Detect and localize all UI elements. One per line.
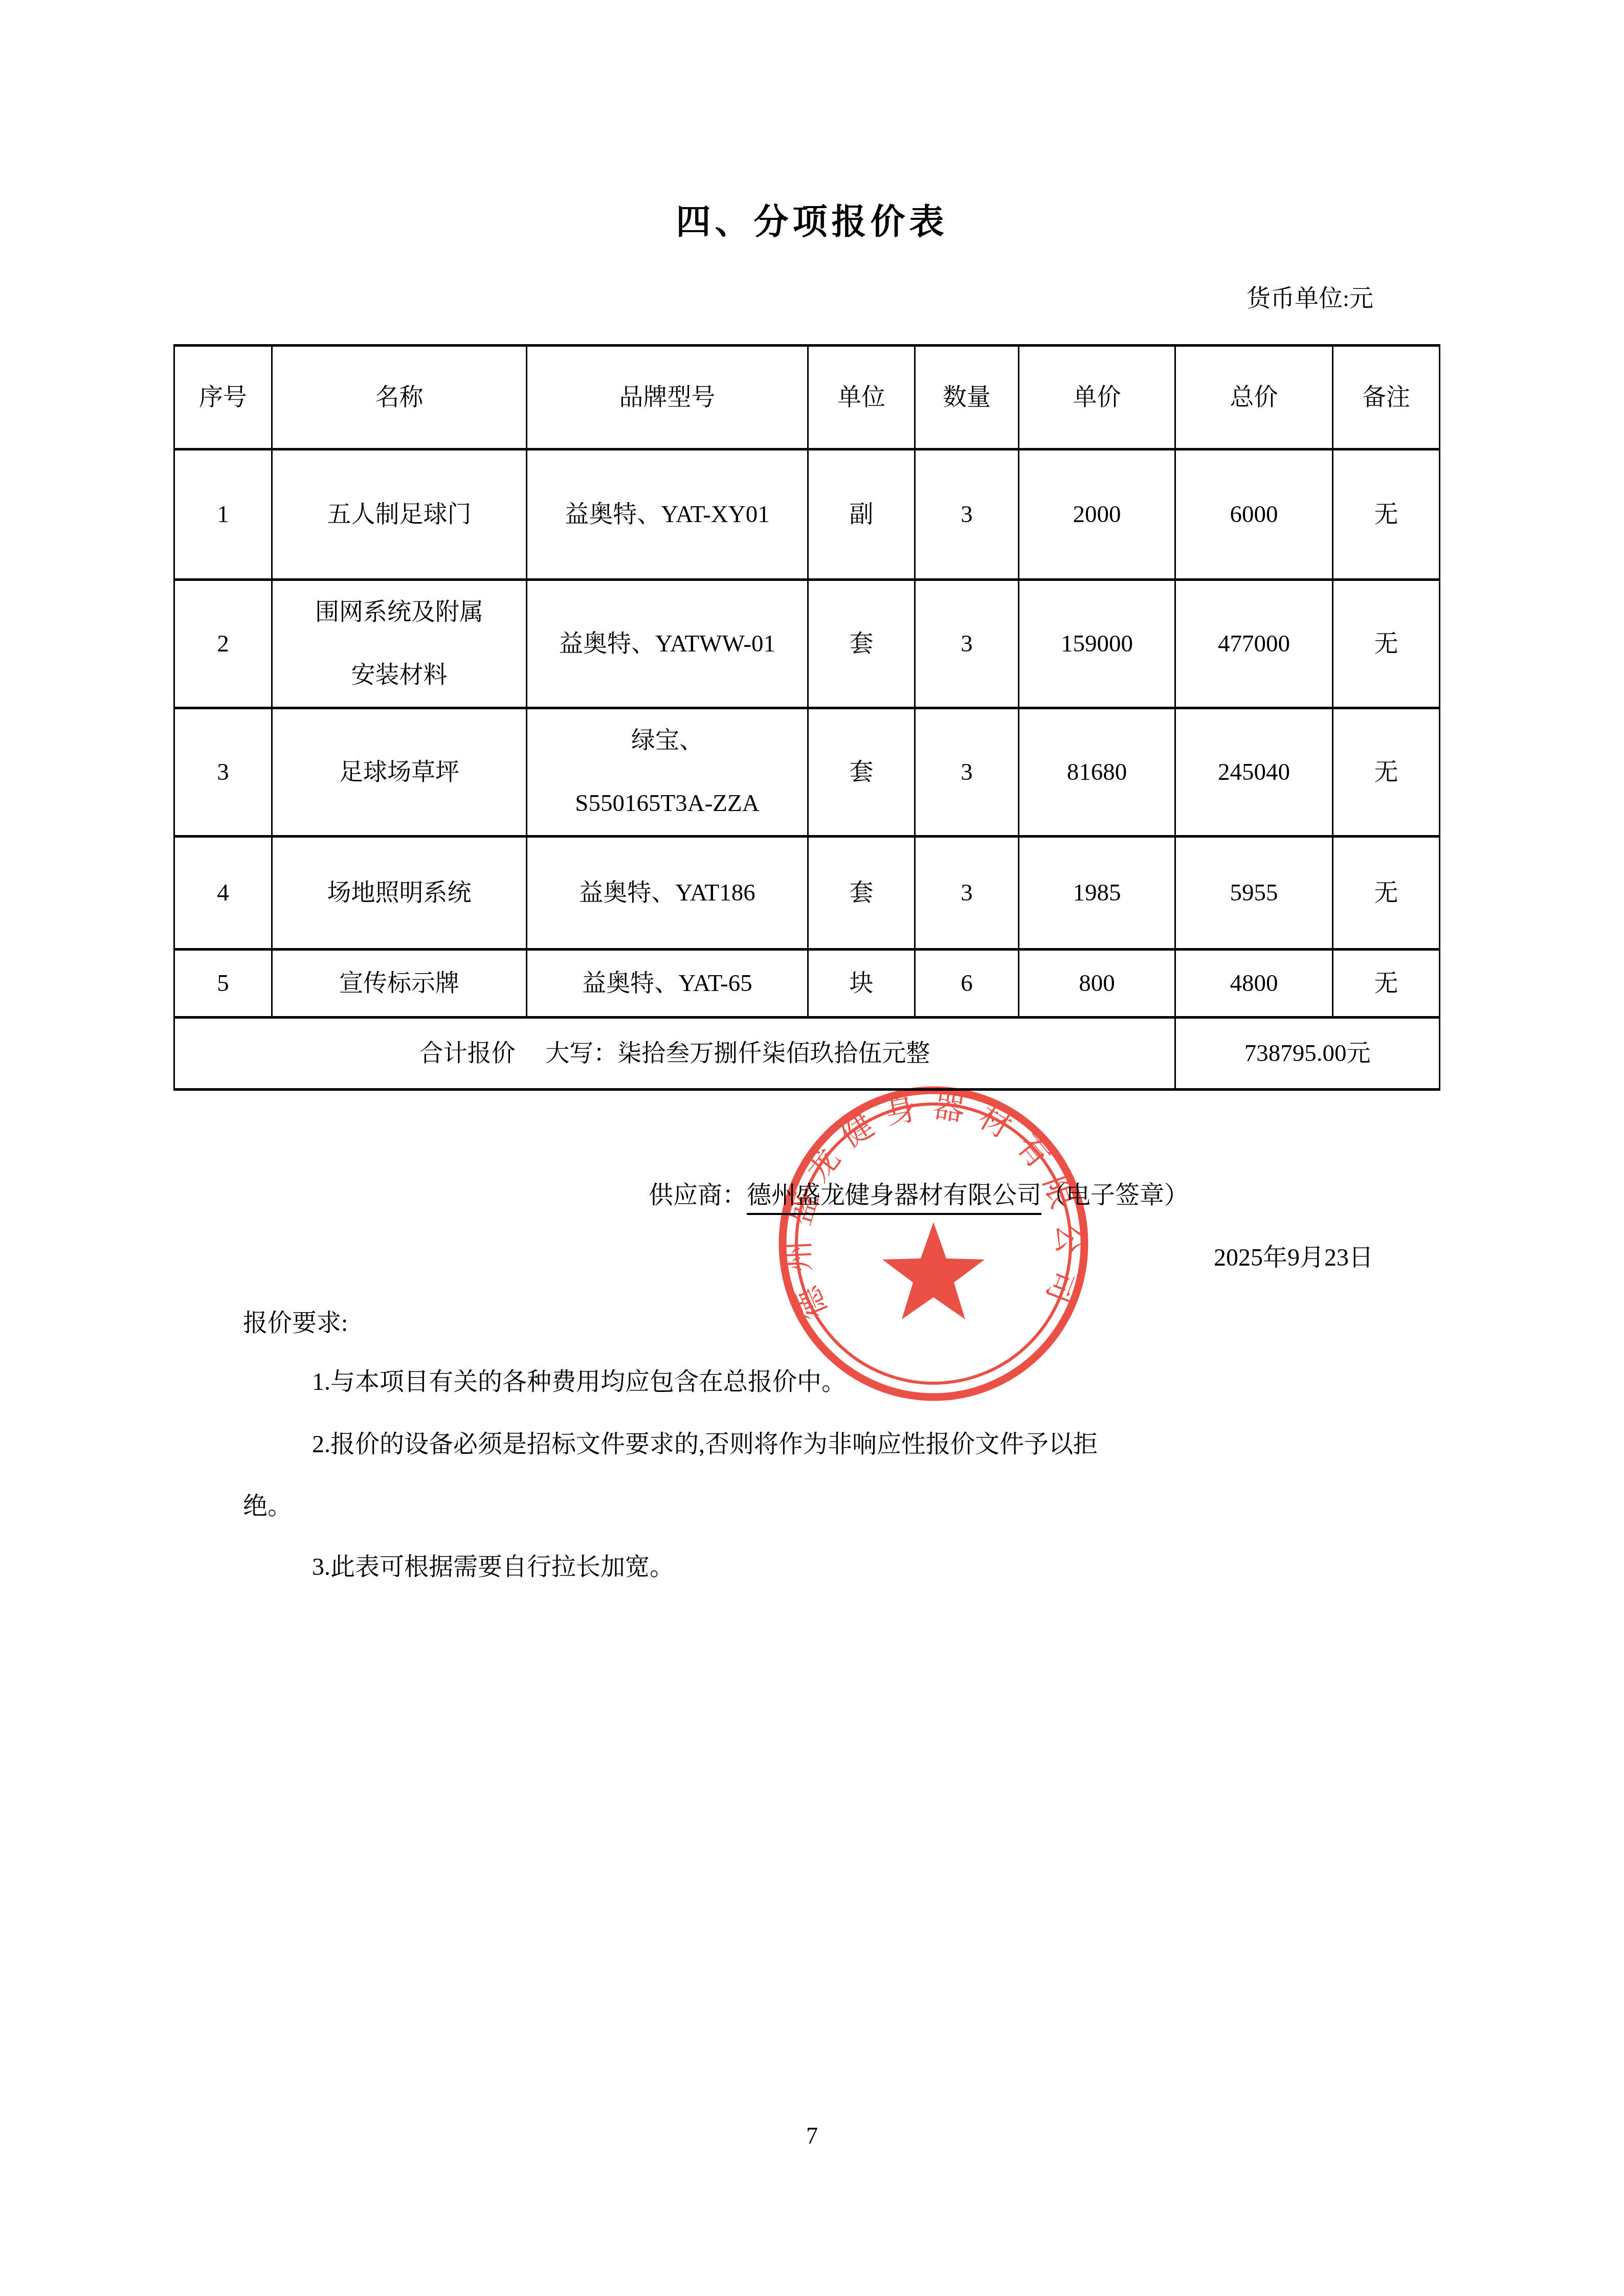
table-row: 5 宣传标示牌 益奥特、YAT-65 块 6 800 4800 无: [174, 950, 1440, 1018]
header-seq: 序号: [174, 346, 272, 449]
cell-unit-price: 800: [1019, 950, 1175, 1018]
cell-name: 场地照明系统: [272, 837, 527, 950]
header-unit-price: 单价: [1019, 346, 1175, 449]
note-item-1: 1.与本项目有关的各种费用均应包含在总报价中。: [312, 1362, 846, 1397]
header-total-price: 总价: [1175, 346, 1333, 449]
header-qty: 数量: [915, 346, 1019, 449]
cell-remark: 无: [1333, 449, 1440, 580]
page-number: 7: [0, 2122, 1624, 2149]
cell-qty: 3: [915, 580, 1019, 708]
cell-name-line1: 围网系统及附属: [273, 581, 526, 644]
cell-qty: 3: [915, 708, 1019, 837]
cell-name: 宣传标示牌: [272, 950, 527, 1018]
quotation-table: 序号 名称 品牌型号 单位 数量 单价 总价 备注 1 五人制足球门 益奥特、Y…: [173, 344, 1440, 1091]
table-row: 3 足球场草坪 绿宝、 S550165T3A-ZZA 套 3 81680 245…: [174, 708, 1440, 837]
stamp-outer-ring: [783, 1090, 1084, 1397]
currency-unit-note: 货币单位:元: [1247, 279, 1373, 313]
cell-unit-price: 1985: [1019, 837, 1175, 950]
cell-seq: 3: [174, 708, 272, 837]
notes-heading: 报价要求:: [243, 1303, 348, 1338]
document-page: 四、分项报价表 货币单位:元 序号 名称 品牌型号 单位 数量 单价 总价 备注…: [0, 0, 1624, 2296]
cell-unit: 套: [808, 837, 915, 950]
header-brand: 品牌型号: [527, 346, 808, 449]
cell-unit: 套: [808, 580, 915, 708]
cell-brand-line1: 绿宝、: [527, 709, 807, 772]
cell-seq: 4: [174, 837, 272, 950]
table-row: 2 围网系统及附属 安装材料 益奥特、YATWW-01 套 3 159000 4…: [174, 580, 1440, 708]
supplier-line: 供应商：德州盛龙健身器材有限公司（电子签章）: [649, 1175, 1189, 1210]
cell-qty: 3: [915, 837, 1019, 950]
cell-brand: 益奥特、YATWW-01: [527, 580, 808, 708]
signature-date: 2025年9月23日: [1214, 1237, 1373, 1273]
cell-name: 围网系统及附属 安装材料: [272, 580, 527, 708]
cell-total-price: 477000: [1175, 580, 1333, 708]
cell-remark: 无: [1333, 837, 1440, 950]
cell-brand: 益奥特、YAT-65: [527, 950, 808, 1018]
note-item-2-continuation: 绝。: [243, 1486, 292, 1521]
supplier-label: 供应商：: [649, 1182, 747, 1209]
cell-unit-price: 2000: [1019, 449, 1175, 580]
cell-seq: 1: [174, 449, 272, 580]
cell-name: 五人制足球门: [272, 449, 527, 580]
header-unit: 单位: [808, 346, 915, 449]
note-item-2: 2.报价的设备必须是招标文件要求的,否则将作为非响应性报价文件予以拒: [312, 1424, 1098, 1459]
cell-brand-line2: S550165T3A-ZZA: [527, 772, 807, 835]
table-row: 1 五人制足球门 益奥特、YAT-XY01 副 3 2000 6000 无: [174, 449, 1440, 580]
stamp-inner-ring: [796, 1104, 1071, 1383]
cell-qty: 6: [915, 950, 1019, 1018]
cell-seq: 2: [174, 580, 272, 708]
cell-remark: 无: [1333, 950, 1440, 1018]
cell-total-price: 4800: [1175, 950, 1333, 1018]
cell-brand: 益奥特、YAT-XY01: [527, 449, 808, 580]
cell-remark: 无: [1333, 708, 1440, 837]
cell-unit: 块: [808, 950, 915, 1018]
cell-total-price: 245040: [1175, 708, 1333, 837]
header-name: 名称: [272, 346, 527, 449]
supplier-suffix: （电子签章）: [1041, 1182, 1189, 1209]
cell-total-price: 6000: [1175, 449, 1333, 580]
cell-name-line2: 安装材料: [273, 644, 526, 707]
cell-unit-price: 81680: [1019, 708, 1175, 837]
page-title: 四、分项报价表: [0, 194, 1624, 244]
cell-name: 足球场草坪: [272, 708, 527, 837]
cell-brand: 益奥特、YAT186: [527, 837, 808, 950]
table-row: 4 场地照明系统 益奥特、YAT186 套 3 1985 5955 无: [174, 837, 1440, 950]
supplier-name: 德州盛龙健身器材有限公司: [747, 1182, 1041, 1215]
header-remark: 备注: [1333, 346, 1440, 449]
cell-seq: 5: [174, 950, 272, 1018]
cell-qty: 3: [915, 449, 1019, 580]
total-amount: 738795.00元: [1175, 1018, 1440, 1090]
table-total-row: 合计报价 大写：柒拾叁万捌仟柒佰玖拾伍元整 738795.00元: [174, 1018, 1440, 1090]
note-item-3: 3.此表可根据需要自行拉长加宽。: [312, 1547, 674, 1582]
table-header-row: 序号 名称 品牌型号 单位 数量 单价 总价 备注: [174, 346, 1440, 449]
cell-brand: 绿宝、 S550165T3A-ZZA: [527, 708, 808, 837]
cell-remark: 无: [1333, 580, 1440, 708]
cell-unit: 副: [808, 449, 915, 580]
cell-unit: 套: [808, 708, 915, 837]
cell-total-price: 5955: [1175, 837, 1333, 950]
total-label: 合计报价 大写：柒拾叁万捌仟柒佰玖拾伍元整: [174, 1018, 1175, 1090]
star-icon: [882, 1222, 985, 1319]
cell-unit-price: 159000: [1019, 580, 1175, 708]
